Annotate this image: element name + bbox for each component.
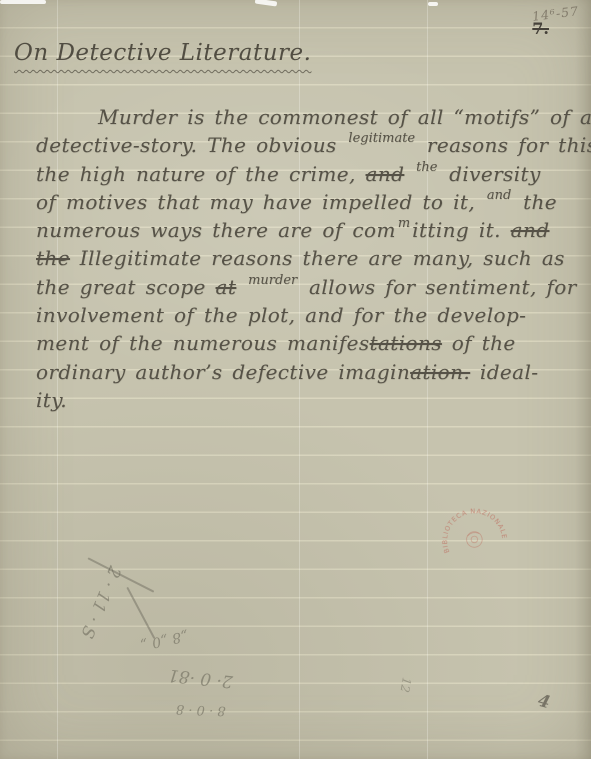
line-text: Illegitimate reasons there are many, suc…: [80, 246, 565, 270]
page-title: On Detective Literature.: [14, 40, 311, 66]
line-text: the great scope: [36, 275, 206, 299]
line-text: the high nature of the crime,: [36, 162, 356, 186]
stamp-arc-text: BIBLIOTECA NAZIONALE: [435, 501, 509, 554]
line-text: reasons for this are: [427, 133, 591, 157]
manuscript-line: ment of the numerous manifestations of t…: [36, 329, 581, 357]
scanned-manuscript-page: 14⁶-57 7. On Detective Literature. Murde…: [0, 0, 591, 759]
manuscript-line: the high nature of the crime, and the di…: [36, 160, 581, 188]
stamp-emblem-core: [470, 536, 478, 544]
manuscript-line: ity.: [36, 386, 581, 414]
line-text: ordinary author’s defective imagin: [36, 360, 410, 384]
line-text: Murder is the commonest of all “motifs” …: [98, 105, 591, 129]
struck-word: tations: [370, 331, 442, 355]
line-text: itting it.: [412, 218, 501, 242]
line-text: allows for sentiment, for: [309, 275, 577, 299]
line-text: of motives that may have impelled to it,: [36, 190, 475, 214]
manuscript-body: Murder is the commonest of all “motifs” …: [36, 103, 581, 414]
line-text: the: [523, 190, 557, 214]
manuscript-line: numerous ways there are of committing it…: [36, 216, 581, 244]
page-number: 7.: [532, 19, 549, 38]
struck-word: and: [366, 162, 405, 186]
line-text: ity.: [36, 388, 67, 412]
struck-word: the: [36, 246, 70, 270]
line-text: ment of the numerous manifes: [36, 331, 370, 355]
manuscript-line: of motives that may have impelled to it,…: [36, 188, 581, 216]
struck-word: at: [216, 275, 237, 299]
scan-artifact: [0, 0, 46, 4]
svg-text:BIBLIOTECA NAZIONALE: BIBLIOTECA NAZIONALE: [435, 501, 509, 554]
line-text: diversity: [449, 162, 541, 186]
pencil-scribble: 12: [397, 676, 413, 693]
line-text: detective-story. The obvious: [36, 133, 337, 157]
manuscript-line: detective-story. The obvious legitimate …: [36, 131, 581, 159]
manuscript-line: the great scope at murder allows for sen…: [36, 273, 581, 301]
struck-word: ation.: [410, 360, 470, 384]
line-text: involvement of the plot, and for the dev…: [36, 303, 526, 327]
manuscript-line: involvement of the plot, and for the dev…: [36, 301, 581, 329]
line-text: numerous ways there are of com: [36, 218, 396, 242]
manuscript-line: ordinary author’s defective imagination.…: [36, 358, 581, 386]
line-text: ideal-: [480, 360, 539, 384]
pencil-scribble: 8 · 0 · 8: [176, 701, 226, 718]
struck-word: and: [511, 218, 550, 242]
scan-artifact: [428, 2, 438, 6]
manuscript-line: Murder is the commonest of all “motifs” …: [36, 103, 581, 131]
stamp-emblem-ring: [465, 530, 484, 549]
manuscript-line: the Illegitimate reasons there are many,…: [36, 244, 581, 272]
line-text: of the: [452, 331, 516, 355]
